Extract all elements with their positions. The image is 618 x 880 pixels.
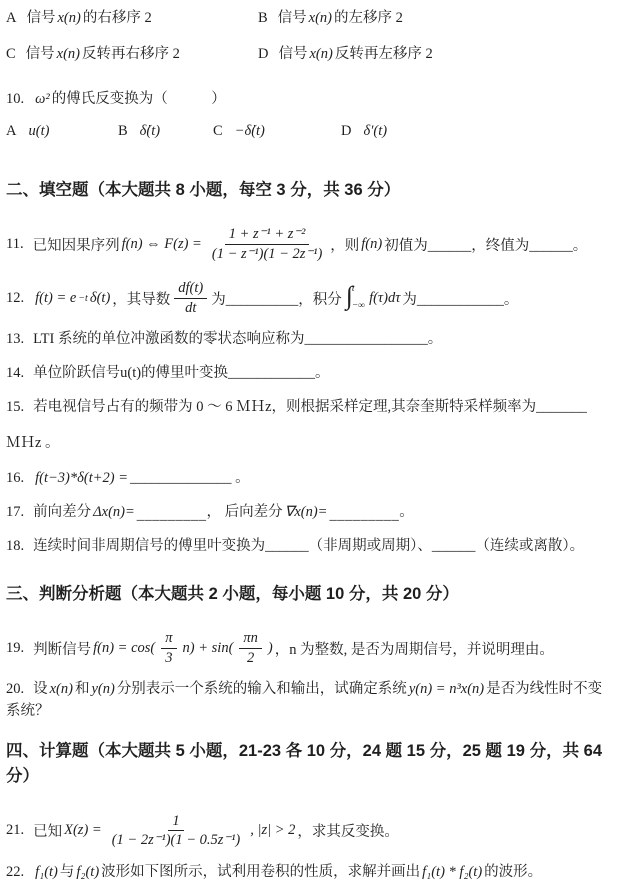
option-a-label: A <box>6 10 16 26</box>
question-16-math: f(t−3)*δ(t+2) = <box>33 470 130 486</box>
question-14-number: 14. <box>6 365 24 381</box>
question-11-fraction: 1 + z⁻¹ + z⁻²(1 − z⁻¹)(1 − 2z⁻¹) <box>208 226 326 262</box>
question-20-number: 20. <box>6 681 24 697</box>
question-19-math-sin: n) + sin( <box>181 640 236 657</box>
fraction-denominator: (1 − z⁻¹)(1 − 2z⁻¹) <box>208 245 326 263</box>
question-10-options-row: Au(t) Bδ̇(t) C−δ̇(t) Dδ′(t) <box>6 123 612 140</box>
question-15: 15.若电视信号占有的频带为 0 ～ 6 ＭＨz，则根据采样定理,其奈奎斯特采样… <box>6 397 612 455</box>
question-18: 18.连续时间非周期信号的傅里叶变换为______（非周期或周期）、______… <box>6 536 612 558</box>
question-11-text-pre: 已知因果序列 <box>33 234 120 255</box>
question-19-fraction-1: π3 <box>161 630 176 666</box>
option-c-text-pre: 信号 <box>26 46 55 62</box>
question-17-number: 17. <box>6 504 24 520</box>
question-13-number: 13. <box>6 331 24 347</box>
question-21-number: 21. <box>6 822 24 839</box>
q10-option-d-math: δ′(t) <box>361 123 389 139</box>
question-12-text-blank1: 为__________，积分 <box>211 288 342 309</box>
question-20-math-y: y(n) <box>89 681 116 697</box>
question-16-blank: ______________ 。 <box>130 470 250 486</box>
option-d-label: D <box>258 46 268 62</box>
option-d-text-pre: 信号 <box>278 46 307 62</box>
question-12-text-blank2: 为____________。 <box>402 288 518 309</box>
question-20-text-1: 设 <box>33 681 48 697</box>
question-11-math-lhs: f(n) ⇔ F(z) = <box>120 236 204 253</box>
option-a-text-post: 的右移序 2 <box>83 10 152 26</box>
option-b-text-pre: 信号 <box>278 10 307 26</box>
question-17-math-forward: Δx(n)= <box>91 504 137 520</box>
question-17-text-backward: ， 后向差分 <box>207 504 283 520</box>
q10-option-c: C−δ̇(t) <box>213 123 341 140</box>
q10-option-a: Au(t) <box>6 123 118 140</box>
question-11-text-mid: ，则 <box>330 234 359 255</box>
option-b-text-post: 的左移序 2 <box>334 10 403 26</box>
question-12: 12.f(t) = e−tδ(t)，其导数df(t)dt为__________，… <box>6 275 612 321</box>
q10-option-c-math: −δ̇(t) <box>233 123 267 139</box>
question-10-math: ω² <box>33 91 52 107</box>
question-9-options-row-1: A信号x(n)的右移序 2 B信号x(n)的左移序 2 <box>6 6 612 27</box>
fraction-denominator: 3 <box>161 649 176 667</box>
question-14-text: 单位阶跃信号u(t)的傅里叶变换____________。 <box>33 365 329 381</box>
q10-option-b-label: B <box>118 123 128 139</box>
question-19-number: 19. <box>6 640 24 657</box>
question-19-text-post: ，n 为整数, 是否为周期信号，并说明理由。 <box>275 638 554 659</box>
question-11-text-blanks: 初值为______，终值为______。 <box>384 234 587 255</box>
q10-option-d: Dδ′(t) <box>341 123 389 140</box>
section-2-title: 二、填空题（本大题共 8 小题，每空 3 分，共 36 分） <box>6 178 612 204</box>
question-20-math-x: x(n) <box>48 681 75 697</box>
question-15-number: 15. <box>6 399 24 415</box>
question-13-text: LTI 系统的单位冲激函数的零状态响应称为_________________。 <box>33 331 442 347</box>
question-19: 19.判断信号f(n) = cos(π3n) + sin(πn2)，n 为整数,… <box>6 625 612 671</box>
question-16-number: 16. <box>6 470 24 486</box>
fraction-denominator: (1 − 2z⁻¹)(1 − 0.5z⁻¹) <box>108 831 245 849</box>
question-16: 16.f(t−3)*δ(t+2) =______________ 。 <box>6 468 612 490</box>
fraction-numerator: 1 <box>168 813 183 832</box>
question-19-math-close: ) <box>266 640 275 657</box>
option-a-text-pre: 信号 <box>26 10 55 26</box>
question-14: 14.单位阶跃信号u(t)的傅里叶变换____________。 <box>6 363 612 385</box>
question-15-line-1: 15.若电视信号占有的频带为 0 ～ 6 ＭＨz，则根据采样定理,其奈奎斯特采样… <box>6 397 612 419</box>
question-12-exponent: −t <box>78 293 88 304</box>
question-21-text-post: ，求其反变换。 <box>297 820 399 841</box>
fraction-numerator: πn <box>239 630 262 649</box>
question-10: 10.ω²的傅氏反变换为（ ） <box>6 89 612 111</box>
question-19-text-pre: 判断信号 <box>33 638 91 659</box>
option-d-math: x(n) <box>307 46 334 62</box>
q10-option-a-label: A <box>6 123 16 139</box>
fraction-denominator: dt <box>181 299 200 317</box>
question-20-math-system: y(n) = n³x(n) <box>407 681 486 697</box>
question-12-math-integrand: f(τ)dτ <box>367 290 402 307</box>
question-18-number: 18. <box>6 538 24 554</box>
question-10-text: 的傅氏反变换为（ ） <box>52 91 226 107</box>
question-21-text-pre: 已知 <box>33 820 62 841</box>
section-3-title: 三、判断分析题（本大题共 2 小题，每小题 10 分，共 20 分） <box>6 582 612 608</box>
question-17-blank-2: _________ <box>329 507 399 523</box>
question-22: 22.f₁(t)与f₂(t)波形如下图所示，试利用卷积的性质，求解并画出f₁(t… <box>6 862 612 880</box>
q10-option-b: Bδ̇(t) <box>118 123 213 140</box>
question-22-math-conv: f₁(t) * f₂(t) <box>420 864 484 880</box>
question-11-math-fn: f(n) <box>359 236 384 253</box>
question-15-text: 若电视信号占有的频带为 0 ～ 6 ＭＨz，则根据采样定理,其奈奎斯特采样频率为… <box>33 399 587 415</box>
question-22-math-f2: f₂(t) <box>74 864 101 880</box>
question-15-line-2: ＭＨz 。 <box>6 433 612 455</box>
question-20: 20.设x(n)和y(n)分别表示一个系统的输入和输出，试确定系统y(n) = … <box>6 679 612 723</box>
option-c-label: C <box>6 46 16 62</box>
question-12-math-base: f(t) = e <box>33 290 78 307</box>
option-b: B信号x(n)的左移序 2 <box>258 6 510 27</box>
question-17-text-forward: 前向差分 <box>33 504 91 520</box>
option-a-math: x(n) <box>55 10 82 26</box>
option-b-math: x(n) <box>307 10 334 26</box>
question-12-text-derivative: ，其导数 <box>112 288 170 309</box>
q10-option-a-math: u(t) <box>26 123 51 139</box>
question-12-math-delta: δ(t) <box>88 290 112 307</box>
fraction-numerator: df(t) <box>174 280 207 299</box>
option-d-text-post: 反转再左移序 2 <box>335 46 433 62</box>
question-21-fraction: 1(1 − 2z⁻¹)(1 − 0.5z⁻¹) <box>108 813 245 849</box>
integral-limits: t−∞ <box>352 283 365 313</box>
question-11-number: 11. <box>6 236 24 253</box>
question-19-fraction-2: πn2 <box>239 630 262 666</box>
question-21-math-roc: , |z| > 2 <box>248 822 297 839</box>
question-11: 11.已知因果序列f(n) ⇔ F(z) =1 + z⁻¹ + z⁻²(1 − … <box>6 221 612 267</box>
integral-symbol: ∫t−∞ <box>346 283 365 313</box>
question-12-fraction: df(t)dt <box>174 280 207 316</box>
q10-option-d-label: D <box>341 123 351 139</box>
question-12-number: 12. <box>6 290 24 307</box>
option-a: A信号x(n)的右移序 2 <box>6 6 258 27</box>
q10-option-b-math: δ̇(t) <box>138 123 162 139</box>
section-4-title: 四、计算题（本大题共 5 小题，21-23 各 10 分，24 题 15 分，2… <box>6 739 612 790</box>
question-21: 21.已知X(z) =1(1 − 2z⁻¹)(1 − 0.5z⁻¹), |z| … <box>6 808 612 854</box>
option-d: D信号x(n)反转再左移序 2 <box>258 42 510 63</box>
option-b-label: B <box>258 10 268 26</box>
fraction-numerator: 1 + z⁻¹ + z⁻² <box>225 226 310 245</box>
question-21-math-lhs: X(z) = <box>62 822 104 839</box>
question-22-text-post: 的波形。 <box>484 864 542 880</box>
fraction-denominator: 2 <box>243 649 258 667</box>
option-c-math: x(n) <box>55 46 82 62</box>
question-10-number: 10. <box>6 91 24 107</box>
question-17-period: 。 <box>399 504 414 520</box>
question-22-text-mid: 波形如下图所示，试利用卷积的性质，求解并画出 <box>101 864 420 880</box>
question-13: 13.LTI 系统的单位冲激函数的零状态响应称为________________… <box>6 329 612 351</box>
option-c: C信号x(n)反转再右移序 2 <box>6 42 258 63</box>
question-17-blank-1: _________ <box>137 507 207 523</box>
question-22-text-and: 与 <box>60 864 75 880</box>
fraction-numerator: π <box>161 630 176 649</box>
question-20-text-3: 分别表示一个系统的输入和输出，试确定系统 <box>117 681 407 697</box>
question-19-math-cos: f(n) = cos( <box>91 640 157 657</box>
question-17: 17.前向差分Δx(n)=_________， 后向差分∇x(n)=______… <box>6 502 612 524</box>
question-22-number: 22. <box>6 864 24 880</box>
q10-option-c-label: C <box>213 123 223 139</box>
question-20-text-2: 和 <box>75 681 90 697</box>
question-22-math-f1: f₁(t) <box>33 864 60 880</box>
option-c-text-post: 反转再右移序 2 <box>82 46 180 62</box>
exam-page: A信号x(n)的右移序 2 B信号x(n)的左移序 2 C信号x(n)反转再右移… <box>0 0 618 880</box>
question-15-text-continued: ＭＨz 。 <box>6 435 60 451</box>
integral-lower-limit: −∞ <box>352 301 365 311</box>
question-18-text: 连续时间非周期信号的傅里叶变换为______（非周期或周期）、______（连续… <box>33 538 584 554</box>
question-9-options-row-2: C信号x(n)反转再右移序 2 D信号x(n)反转再左移序 2 <box>6 42 612 63</box>
question-17-math-backward: ∇x(n)= <box>283 504 330 520</box>
integral-upper-limit: t <box>352 284 365 294</box>
